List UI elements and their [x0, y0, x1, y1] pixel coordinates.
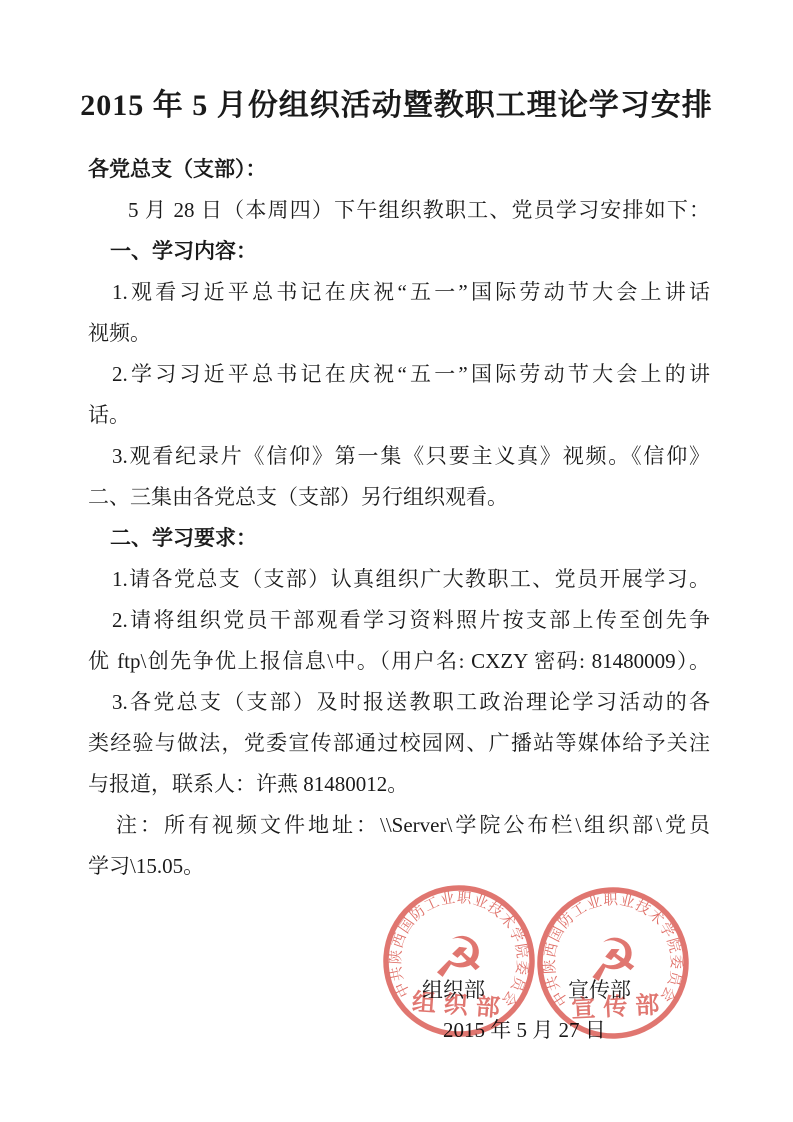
document-line: 类经验与做法，党委宣传部通过校园网、广播站等媒体给予关注: [88, 723, 710, 764]
document-line: 一、学习内容：: [88, 231, 710, 272]
document-line: 5 月 28 日（本周四）下午组织教职工、党员学习安排如下：: [88, 190, 710, 231]
document-body: 各党总支（支部）：5 月 28 日（本周四）下午组织教职工、党员学习安排如下：一…: [88, 149, 710, 887]
official-seal-propaganda-dept: 中共陕西国防工业职业技术学院委员会 ☭ 宣传部: [524, 874, 703, 1053]
document-line: 优 ftp\创先争优上报信息\中。（用户名: CXZY 密码: 81480009…: [88, 641, 710, 682]
document-line: 1.观看习近平总书记在庆祝“五一”国际劳动节大会上讲话: [88, 272, 710, 313]
document-line: 1.请各党总支（支部）认真组织广大教职工、党员开展学习。: [88, 559, 710, 600]
document-line: 二、三集由各党总支（支部）另行组织观看。: [88, 477, 710, 518]
hammer-sickle-icon: ☭: [585, 925, 640, 996]
seal-graphic: 中共陕西国防工业职业技术学院委员会 ☭ 组织部: [368, 870, 549, 1051]
document-line: 3.各党总支（支部）及时报送教职工政治理论学习活动的各: [88, 682, 710, 723]
document-line: 各党总支（支部）：: [88, 149, 710, 190]
seal-department-text: 组织部: [411, 988, 509, 1023]
document-line: 注：所有视频文件地址：\\Server\学院公布栏\组织部\党员: [88, 805, 710, 846]
document-line: 2.学习习近平总书记在庆祝“五一”国际劳动节大会上的讲: [88, 354, 710, 395]
document-line: 视频。: [88, 313, 710, 354]
hammer-sickle-icon: ☭: [431, 922, 488, 993]
document-line: 2.请将组织党员干部观看学习资料照片按支部上传至创先争: [88, 600, 710, 641]
document-line: 与报道，联系人：许燕 81480012。: [88, 764, 710, 805]
document-title: 2015 年 5 月份组织活动暨教职工理论学习安排: [0, 86, 793, 126]
document-line: 话。: [88, 395, 710, 436]
document-line: 二、学习要求：: [88, 518, 710, 559]
document-line: 3.观看纪录片《信仰》第一集《只要主义真》视频。《信仰》: [88, 436, 710, 477]
seal-graphic: 中共陕西国防工业职业技术学院委员会 ☭ 宣传部: [524, 874, 703, 1053]
seal-department-text: 宣传部: [571, 990, 668, 1023]
official-seal-organization-dept: 中共陕西国防工业职业技术学院委员会 ☭ 组织部: [368, 870, 549, 1051]
document-page: 2015 年 5 月份组织活动暨教职工理论学习安排 各党总支（支部）：5 月 2…: [0, 0, 793, 1122]
